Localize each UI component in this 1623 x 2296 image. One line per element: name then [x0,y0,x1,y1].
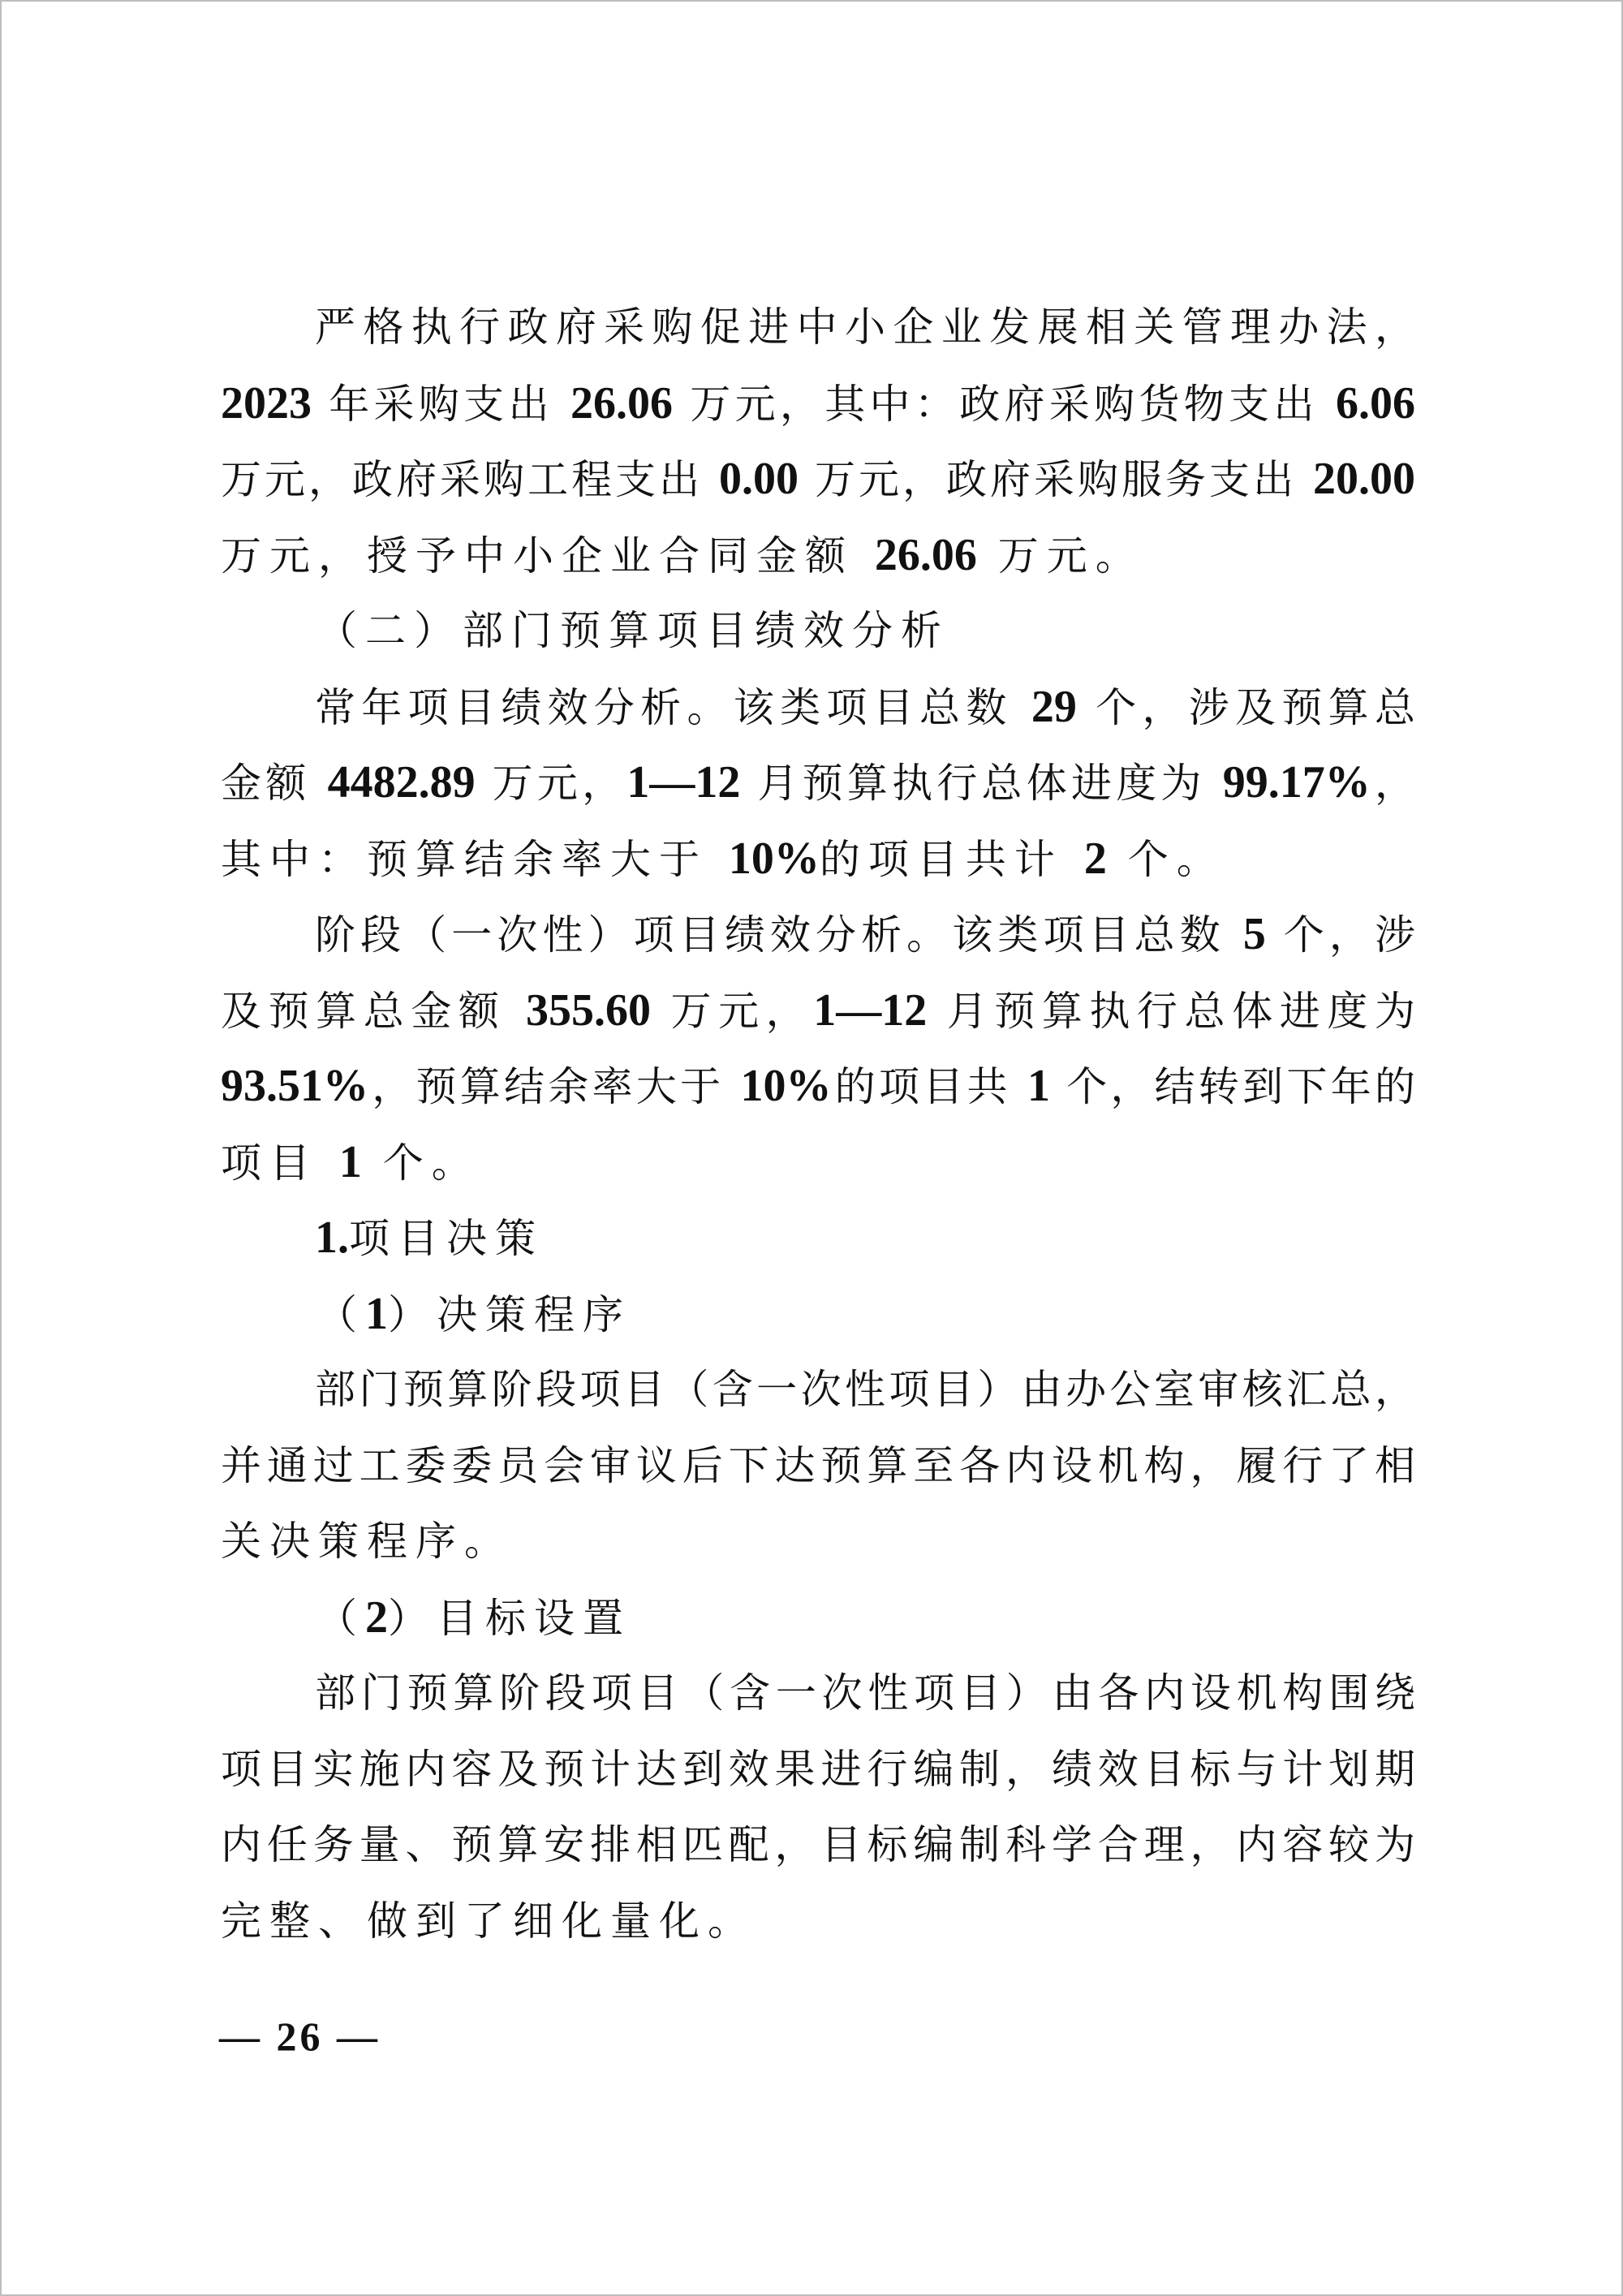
text-run: 年采购支出 [312,381,570,428]
paragraph-line: 并通过工委委员会审议后下达预算至各内设机构，履行了相 [221,1428,1415,1505]
text-run: 万元，其中：政府采购货物支出 [673,381,1336,428]
text-run: 的项目共计 [820,836,1084,883]
text-run: ， [1371,760,1415,807]
text-run: 严格执行政府采购促进中小企业发展相关管理办法， [315,304,1415,351]
annual-execution-rate: 99.17% [1223,757,1371,808]
text-run: 个。 [362,1139,480,1187]
paragraph-line: 阶段（一次性）项目绩效分析。该类项目总数 5 个，涉 [221,897,1415,973]
paragraph-line: 及预算总金额 355.60 万元，1—12 月预算执行总体进度为 [221,973,1415,1049]
oneoff-execution-rate: 93.51% [221,1061,368,1111]
text-run: 万元，政府采购工程支出 [221,456,719,503]
paragraph-line: 万元，授予中小企业合同金额 26.06 万元。 [221,518,1415,594]
paragraph-line: 严格执行政府采购促进中小企业发展相关管理办法， [221,290,1415,366]
sme-contract-value: 26.06 [875,530,977,580]
text-run: 项目 [221,1139,339,1187]
paragraph-line: 金额 4482.89 万元，1—12 月预算执行总体进度为 99.17%， [221,745,1415,821]
month-range: 1—12 [626,757,740,808]
paragraph-line: 万元，政府采购工程支出 0.00 万元，政府采购服务支出 20.00 [221,442,1415,518]
paragraph-line: 93.51%，预算结余率大于 10%的项目共 1 个，结转到下年的 [221,1049,1415,1125]
text-run: 关决策程序。 [221,1518,513,1565]
text-run: 内任务量、预算安排相匹配，目标编制科学合理，内容较为 [221,1821,1415,1868]
document-page: 严格执行政府采购促进中小企业发展相关管理办法， 2023 年采购支出 26.06… [0,0,1623,2296]
text-run: 万元，政府采购服务支出 [799,456,1313,503]
subheading-project-decision: 1.项目决策 [221,1200,1415,1277]
section-heading: （二）部门预算项目绩效分析 [221,593,1415,670]
heading-text: 目标设置 [437,1595,631,1642]
surplus-project-count: 2 [1084,834,1107,884]
text-run: 部门预算阶段项目（含一次性项目）由办公室审核汇总， [315,1366,1415,1413]
subheading-decision-procedure: （1）决策程序 [221,1277,1415,1353]
heading-number: 1. [315,1213,349,1263]
engineering-procurement-value: 0.00 [719,454,799,504]
text-run: 其中：预算结余率大于 [221,836,729,883]
annual-budget-total: 4482.89 [328,757,476,808]
paren-open: （ [316,1595,365,1642]
text-run: 月预算执行总体进度为 [927,988,1415,1035]
month-range: 1—12 [813,985,927,1036]
paragraph-line: 其中：预算结余率大于 10%的项目共计 2 个。 [221,821,1415,898]
paragraph-line: 部门预算阶段项目（含一次性项目）由办公室审核汇总， [221,1352,1415,1428]
page-number: — 26 — [219,2013,381,2060]
paren-open: （ [316,1291,365,1338]
paragraph-line: 2023 年采购支出 26.06 万元，其中：政府采购货物支出 6.06 [221,366,1415,442]
goods-procurement-value: 6.06 [1336,378,1415,429]
paren-close: ） [388,1291,437,1338]
text-run: 万元， [476,760,627,807]
text-run: 万元，授予中小企业合同金额 [221,532,875,579]
heading-text: 决策程序 [437,1291,631,1338]
heading-number: 2 [365,1592,388,1643]
text-run: 并通过工委委员会审议后下达预算至各内设机构，履行了相 [221,1442,1415,1489]
text-run: 月预算执行总体进度为 [740,760,1222,807]
text-run: 阶段（一次性）项目绩效分析。该类项目总数 [315,911,1243,958]
text-run: 个，涉 [1266,911,1415,958]
text-run: 个。 [1107,836,1225,883]
text-run: 完整、做到了细化量化。 [221,1898,756,1945]
text-run: 个，涉及预算总 [1077,684,1415,731]
service-procurement-value: 20.00 [1313,454,1415,504]
paren-close: ） [388,1595,437,1642]
total-procurement-value: 26.06 [570,378,673,429]
paragraph-line: 项目 1 个。 [221,1125,1415,1201]
text-run: 及预算总金额 [221,988,526,1035]
text-run: 金额 [221,760,328,807]
heading-text: 项目决策 [349,1215,544,1262]
paragraph-line: 项目实施内容及预计达到效果进行编制，绩效目标与计划期 [221,1732,1415,1808]
text-run: 个，结转到下年的 [1050,1063,1415,1110]
text-run: 的项目共 [832,1063,1027,1110]
body-text: 严格执行政府采购促进中小企业发展相关管理办法， 2023 年采购支出 26.06… [221,290,1415,1959]
paragraph-line: 常年项目绩效分析。该类项目总数 29 个，涉及预算总 [221,670,1415,746]
paragraph-line: 完整、做到了细化量化。 [221,1884,1415,1960]
subheading-target-setting: （2）目标设置 [221,1580,1415,1656]
year-value: 2023 [221,378,312,429]
heading-text: （二）部门预算项目绩效分析 [316,607,949,654]
heading-number: 1 [365,1289,388,1339]
oneoff-surplus-count: 1 [1027,1061,1050,1111]
surplus-threshold: 10% [741,1061,832,1111]
annual-project-count: 29 [1031,682,1077,732]
oneoff-budget-total: 355.60 [526,985,651,1036]
text-run: ，预算结余率大于 [368,1063,741,1110]
paragraph-line: 关决策程序。 [221,1504,1415,1580]
surplus-threshold: 10% [729,834,820,884]
text-run: 部门预算阶段项目（含一次性项目）由各内设机构围绕 [315,1669,1415,1717]
carryover-project-count: 1 [339,1137,362,1187]
text-run: 万元。 [977,532,1144,579]
text-run: 万元， [651,988,813,1035]
text-run: 常年项目绩效分析。该类项目总数 [315,684,1031,731]
paragraph-line: 内任务量、预算安排相匹配，目标编制科学合理，内容较为 [221,1807,1415,1884]
oneoff-project-count: 5 [1243,909,1266,959]
paragraph-line: 部门预算阶段项目（含一次性项目）由各内设机构围绕 [221,1656,1415,1732]
text-run: 项目实施内容及预计达到效果进行编制，绩效目标与计划期 [221,1746,1415,1793]
